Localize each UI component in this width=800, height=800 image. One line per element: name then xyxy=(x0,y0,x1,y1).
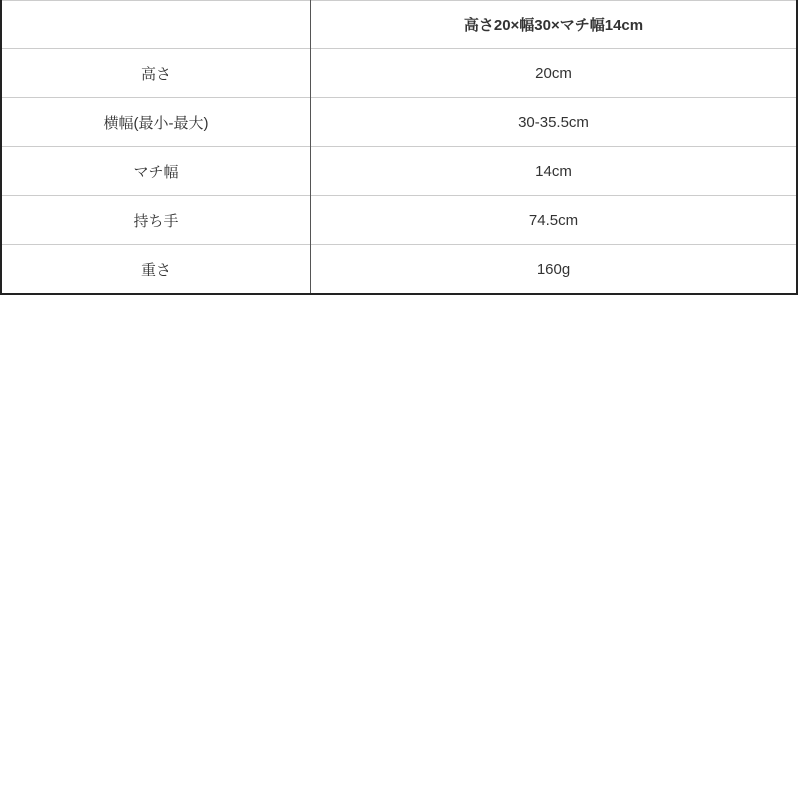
spec-label: 持ち手 xyxy=(1,196,311,245)
header-size-summary: 高さ20×幅30×マチ幅14cm xyxy=(311,1,798,49)
product-spec-table: 高さ20×幅30×マチ幅14cm 高さ 20cm 横幅(最小-最大) 30-35… xyxy=(0,0,798,295)
spec-label: 高さ xyxy=(1,49,311,98)
table-row: マチ幅 14cm xyxy=(1,147,797,196)
spec-label: 重さ xyxy=(1,245,311,295)
page-background: 高さ20×幅30×マチ幅14cm 高さ 20cm 横幅(最小-最大) 30-35… xyxy=(0,0,800,800)
spec-value: 20cm xyxy=(311,49,798,98)
spec-label: マチ幅 xyxy=(1,147,311,196)
table-row: 横幅(最小-最大) 30-35.5cm xyxy=(1,98,797,147)
table-header-row: 高さ20×幅30×マチ幅14cm xyxy=(1,1,797,49)
header-empty-cell xyxy=(1,1,311,49)
spec-value: 30-35.5cm xyxy=(311,98,798,147)
table-row: 高さ 20cm xyxy=(1,49,797,98)
spec-value: 160g xyxy=(311,245,798,295)
spec-label: 横幅(最小-最大) xyxy=(1,98,311,147)
spec-value: 14cm xyxy=(311,147,798,196)
spec-value: 74.5cm xyxy=(311,196,798,245)
table-row: 重さ 160g xyxy=(1,245,797,295)
table-row: 持ち手 74.5cm xyxy=(1,196,797,245)
